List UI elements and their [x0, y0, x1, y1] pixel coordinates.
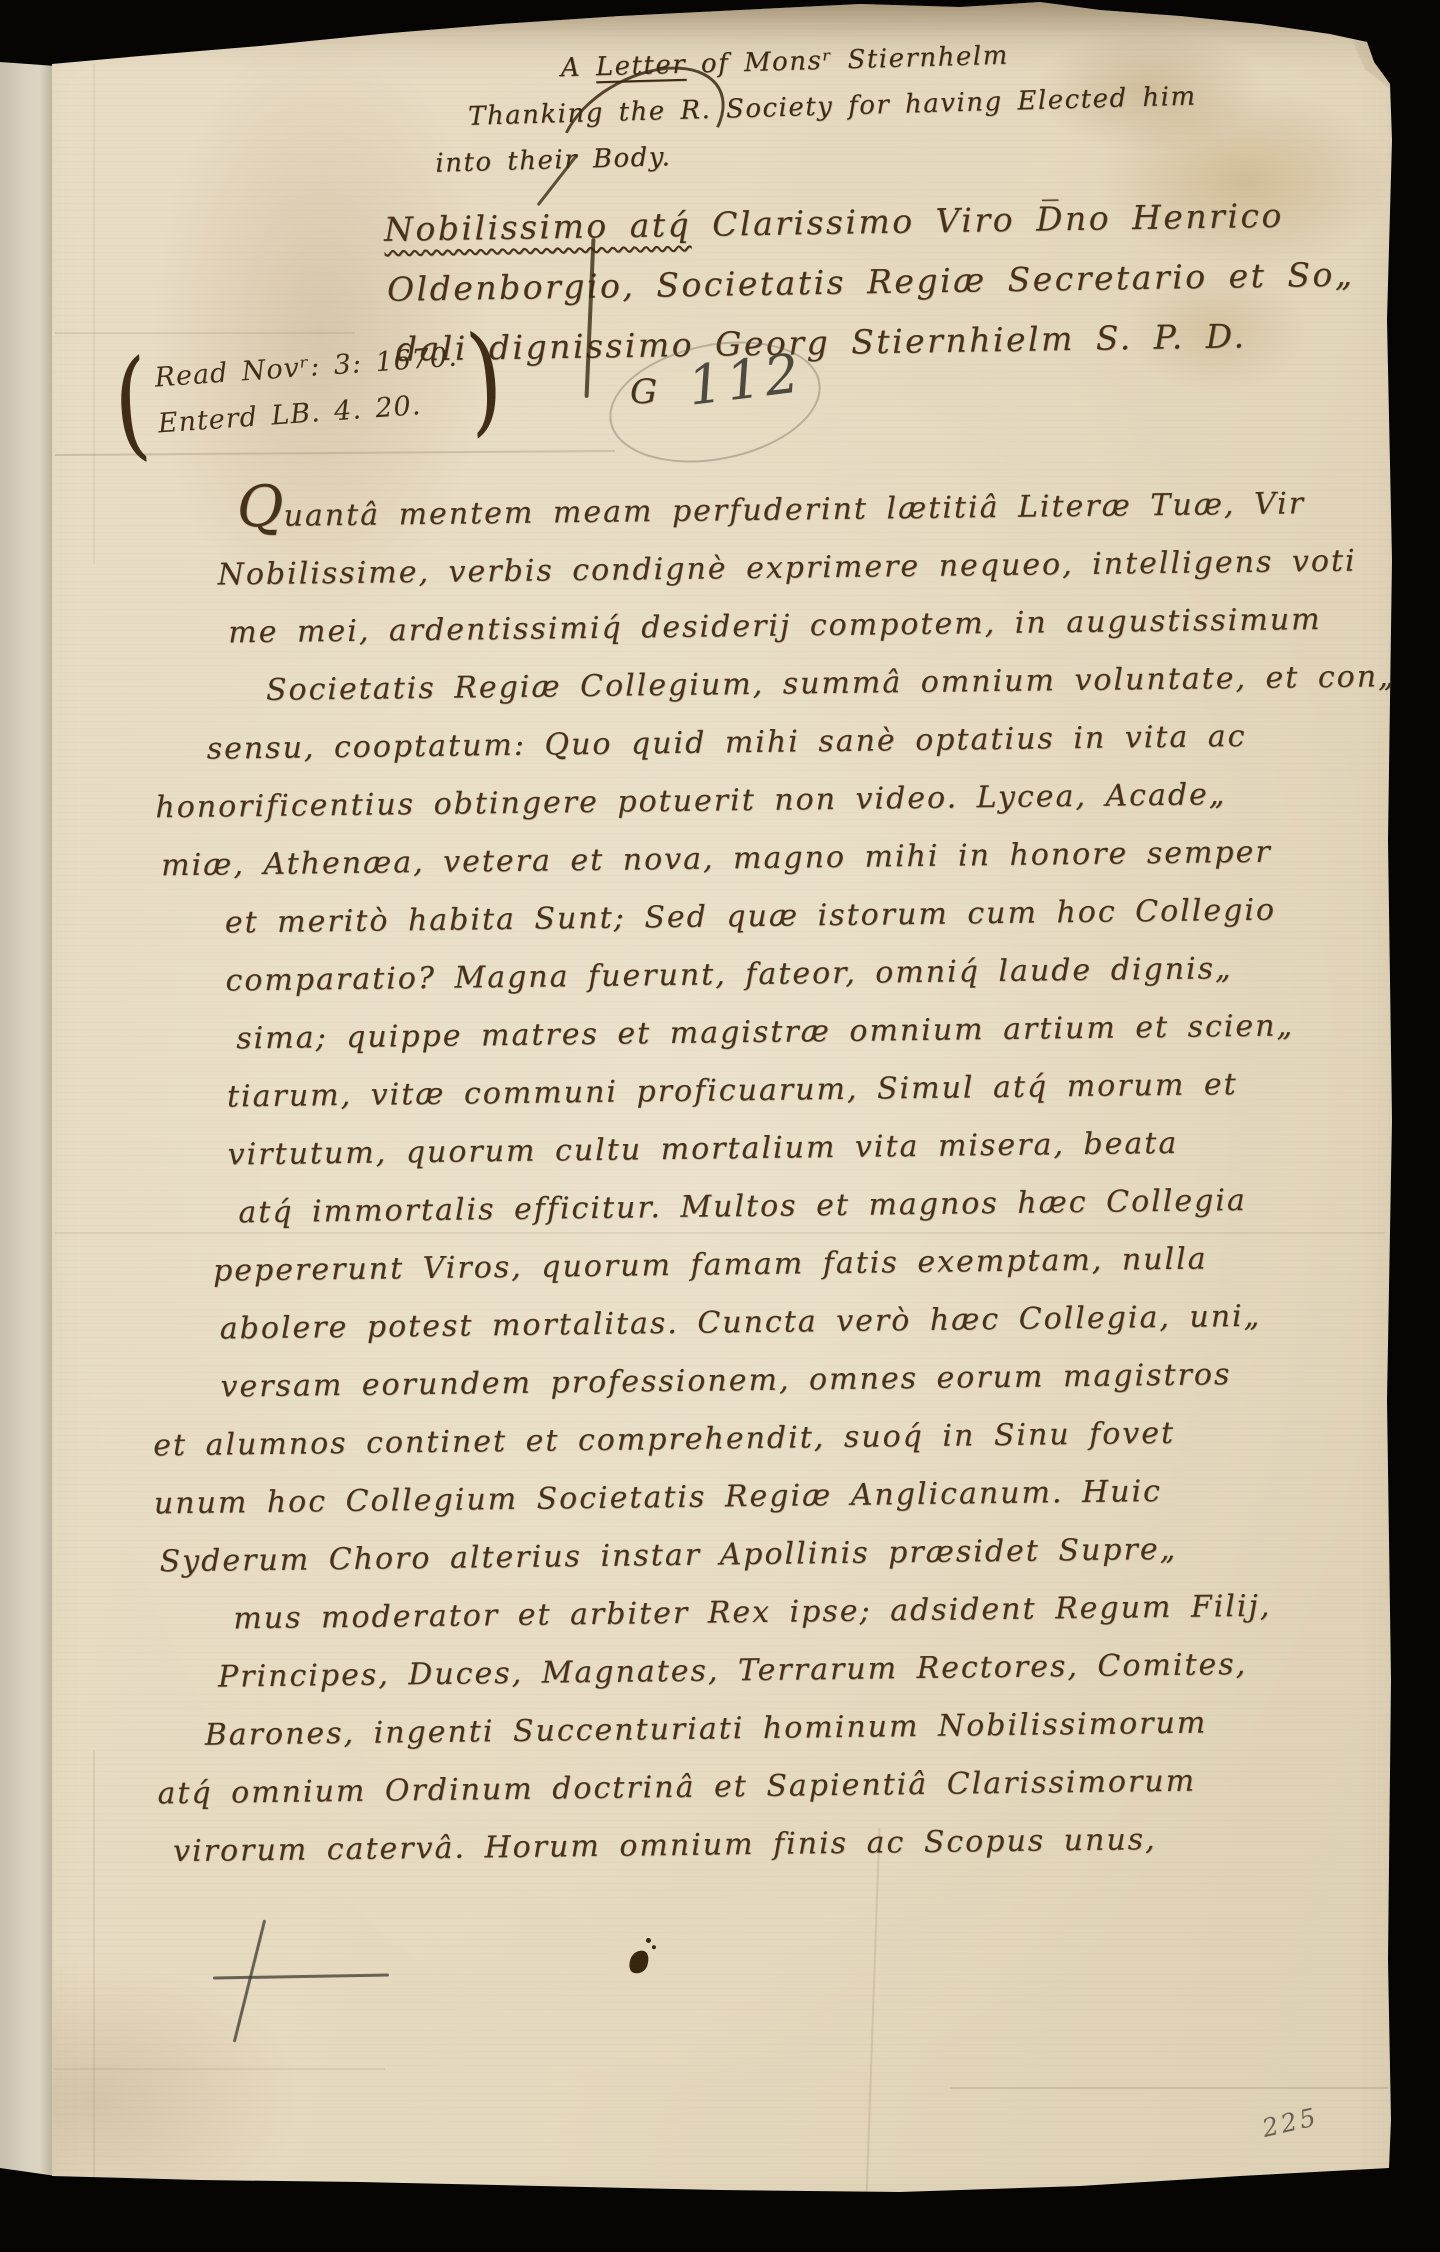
- register-close-paren: ): [463, 323, 505, 435]
- manuscript-page: A Letter of Monsʳ Stiernhelm Thanking th…: [0, 0, 1440, 2252]
- pencil-cross-horizontal: [213, 1973, 389, 1979]
- pencil-cross-diagonal: [233, 1920, 266, 2043]
- folded-corner: [1352, 40, 1394, 92]
- register-open-paren: (: [110, 347, 152, 459]
- ink-blot: [626, 1948, 651, 1977]
- crease-line: [866, 1828, 881, 2196]
- register-lines: Read Novʳ: 3: 1670. Enterd LB. 4. 20.: [153, 335, 462, 448]
- crease-line: [55, 2068, 385, 2070]
- salutation: Nobilissimo atq́ Clarissimo Viro D̅no He…: [384, 184, 1387, 380]
- crease-line: [55, 332, 355, 334]
- photo-backdrop: A Letter of Monsʳ Stiernhelm Thanking th…: [0, 0, 1440, 2252]
- crease-line: [950, 2087, 1388, 2089]
- register-note: ( Read Novʳ: 3: 1670. Enterd LB. 4. 20. …: [105, 322, 511, 460]
- crease-line: [93, 1750, 95, 2180]
- bound-volume-page-edge: [0, 0, 59, 2252]
- letter-body: Quantâ mentem meam perfuderint lætitiâ L…: [142, 475, 1369, 1882]
- crease-line: [93, 64, 95, 564]
- title-note: A Letter of Monsʳ Stiernhelm Thanking th…: [428, 27, 1212, 187]
- page-number: 225: [1259, 2102, 1321, 2143]
